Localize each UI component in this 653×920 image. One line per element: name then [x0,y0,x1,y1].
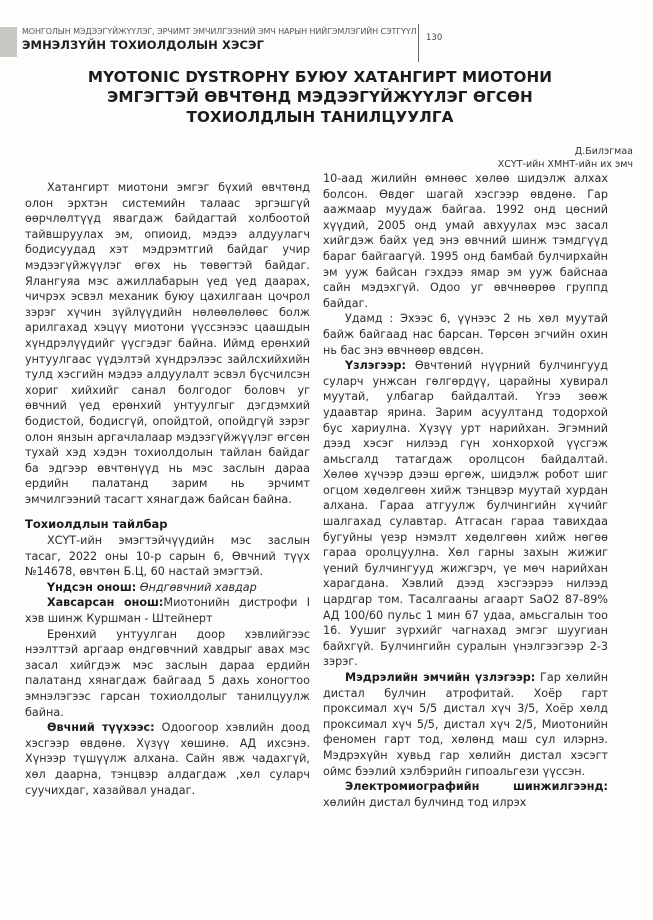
article-title: MYOTONIC DYSTROPHY БУЮУ ХАТАНГИРТ МИОТОН… [60,67,580,127]
procedure-paragraph: Ерөнхий унтуулган доор хэвлийгээс нээлтт… [25,627,310,721]
emg-text: хөлийн дистал булчинд тод илрэх [323,796,526,809]
header-divider [418,24,419,62]
comorbid-diagnosis-label: Хавсарсан онош: [47,596,163,609]
main-diagnosis-label: Үндсэн онош: [47,581,136,594]
emg-paragraph: Электромиографийн шинжилгээнд: хөлийн ди… [323,779,608,810]
comorbid-diagnosis: Хавсарсан онош:Миотонийн дистрофи I хэв … [25,595,310,626]
title-line-2: ЭМГЭГТЭЙ ӨВЧТӨНД МЭДЭЭГҮЙЖҮҮЛЭГ ӨГСӨН [60,87,580,107]
neuro-paragraph: Мэдрэлийн эмчийн үзлэгээр: Гар хөлийн ди… [323,670,608,779]
exam-label: Үзлэгээр: [345,359,406,372]
main-diagnosis-value: Өндгөвчний хавдар [140,581,257,594]
title-line-1: MYOTONIC DYSTROPHY БУЮУ ХАТАНГИРТ МИОТОН… [60,67,580,87]
case-heading: Тохиолдлын тайлбар [25,517,310,533]
journal-name: МОНГОЛЫН МЭДЭЭГҮЙЖҮҮЛЭГ, ЭРЧИМТ ЭМЧИЛГЭЭ… [22,27,417,36]
header-color-block [0,27,17,57]
main-diagnosis: Үндсэн онош: Өндгөвчний хавдар [25,580,310,596]
history-continued-paragraph: 10-аад жилийн өмнөөс хөлөө шидэлж алхах … [323,171,608,311]
history-paragraph: Өвчний түүхээс: Одоогоор хэвлийн доод хэ… [25,720,310,798]
case-intro-paragraph: ХСҮТ-ийн эмэгтэйчүүдийн мэс заслын тасаг… [25,533,310,580]
page-number: 130 [426,33,442,43]
right-column: 10-аад жилийн өмнөөс хөлөө шидэлж алхах … [323,171,608,810]
exam-paragraph: Үзлэгээр: Өвчтөний нүүрний булчингууд су… [323,358,608,670]
left-column: Хатангирт миотони эмгэг бүхий өвчтөнд ол… [25,180,310,798]
intro-paragraph: Хатангирт миотони эмгэг бүхий өвчтөнд ол… [25,180,310,507]
section-title: ЭМНЭЛЗҮЙН ТОХИОЛДОЛЫН ХЭСЭГ [22,38,264,52]
title-line-3: ТОХИОЛДЛЫН ТАНИЛЦУУЛГА [60,107,580,127]
running-header: МОНГОЛЫН МЭДЭЭГҮЙЖҮҮЛЭГ, ЭРЧИМТ ЭМЧИЛГЭЭ… [0,24,653,64]
neuro-label: Мэдрэлийн эмчийн үзлэгээр: [345,671,535,684]
neuro-text: Гар хөлийн дистал булчин атрофитай. Хоёр… [323,671,608,778]
heredity-paragraph: Удамд : Эхээс 6, үүнээс 2 нь хөл муутай … [323,311,608,358]
author-name: Д.Билэгмаа [498,145,633,158]
author-block: Д.Билэгмаа ХСҮТ-ийн ХМНТ-ийн их эмч [498,145,633,171]
author-affiliation: ХСҮТ-ийн ХМНТ-ийн их эмч [498,158,633,171]
exam-text: Өвчтөний нүүрний булчингууд суларч унжса… [323,359,608,668]
emg-label: Электромиографийн шинжилгээнд: [345,780,608,793]
history-label: Өвчний түүхээс: [47,721,155,734]
